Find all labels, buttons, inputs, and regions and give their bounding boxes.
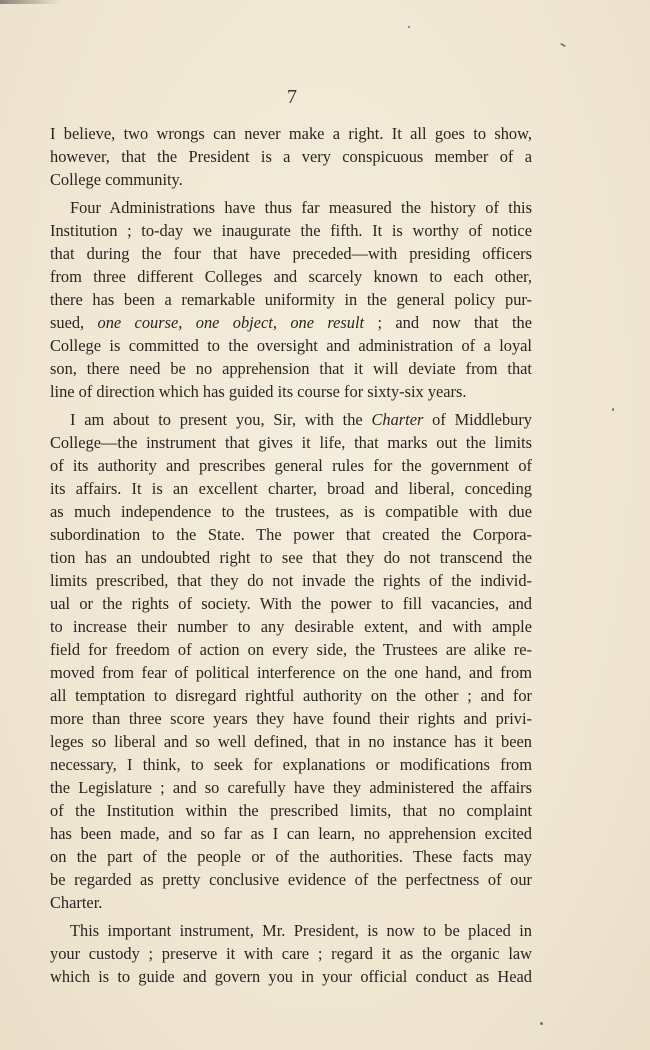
scanned-book-page: 7 I believe, two wrongs can never make a… (0, 0, 650, 1050)
text-line: there has been a remarkable uniformity i… (50, 288, 532, 311)
paragraph-3: I am about to present you, Sir, with the… (50, 408, 532, 914)
page-edge-shadow (0, 0, 60, 4)
text-line: however, that the President is a very co… (50, 145, 532, 168)
paper-speck (408, 26, 410, 28)
paper-speck (560, 43, 566, 48)
text-line: of the Institution within the prescribed… (50, 799, 532, 822)
text-line: your custody ; preserve it with care ; r… (50, 942, 532, 965)
text-line: College is committed to the oversight an… (50, 334, 532, 357)
paper-speck (540, 1022, 543, 1025)
text-line: subordination to the State. The power th… (50, 523, 532, 546)
paragraph-1: I believe, two wrongs can never make a r… (50, 122, 532, 191)
text-line: Institution ; to-day we inaugurate the f… (50, 219, 532, 242)
text-line: ual or the rights of society. With the p… (50, 592, 532, 615)
text-line: moved from fear of political interferenc… (50, 661, 532, 684)
paragraph-4: This important instrument, Mr. President… (50, 919, 532, 988)
text-line: from three different Colleges and scarce… (50, 265, 532, 288)
text-line: all temptation to disregard rightful aut… (50, 684, 532, 707)
text-line: has been made, and so far as I can learn… (50, 822, 532, 845)
text-line: more than three score years they have fo… (50, 707, 532, 730)
text-line: Charter. (50, 891, 532, 914)
text-line: on the part of the people or of the auth… (50, 845, 532, 868)
body-text: I believe, two wrongs can never make a r… (50, 122, 532, 988)
text-line-charter: I am about to present you, Sir, with the… (50, 408, 532, 431)
text-line: This important instrument, Mr. President… (50, 919, 532, 942)
text-line: College—the instrument that gives it lif… (50, 431, 532, 454)
text-line: its affairs. It is an excellent charter,… (50, 477, 532, 500)
text-line: be regarded as pretty conclusive evidenc… (50, 868, 532, 891)
text-line: the Legislature ; and so carefully have … (50, 776, 532, 799)
paragraph-2: Four Administrations have thus far measu… (50, 196, 532, 403)
text-line: leges so liberal and so well defined, th… (50, 730, 532, 753)
text-line: limits prescribed, that they do not inva… (50, 569, 532, 592)
paper-speck (612, 408, 614, 411)
text-line: to increase their number to any desirabl… (50, 615, 532, 638)
text-line-italic-phrases: sued, one course, one object, one result… (50, 311, 532, 334)
text-line: Four Administrations have thus far measu… (50, 196, 532, 219)
text-line: as much independence to the trustees, as… (50, 500, 532, 523)
text-line: field for freedom of action on every sid… (50, 638, 532, 661)
text-line: which is to guide and govern you in your… (50, 965, 532, 988)
text-line: son, there need be no apprehension that … (50, 357, 532, 380)
text-line: tion has an undoubted right to see that … (50, 546, 532, 569)
text-line: of its authority and prescribes general … (50, 454, 532, 477)
text-line: line of direction which has guided its c… (50, 380, 532, 403)
text-line: that during the four that have preceded—… (50, 242, 532, 265)
text-line: I believe, two wrongs can never make a r… (50, 122, 532, 145)
text-line: College community. (50, 168, 532, 191)
text-line: necessary, I think, to seek for explanat… (50, 753, 532, 776)
page-number: 7 (282, 86, 302, 109)
